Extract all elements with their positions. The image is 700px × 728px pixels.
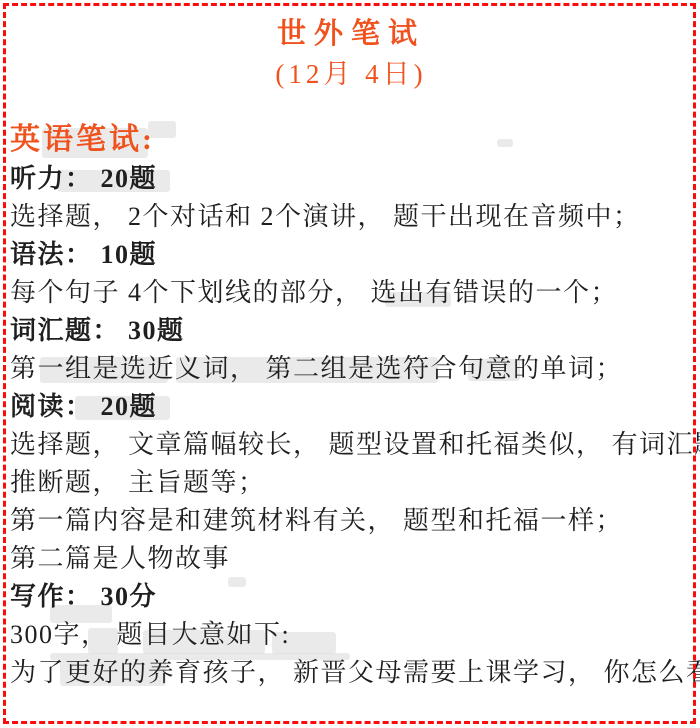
doc-line: 第二篇是人物故事 [10, 540, 692, 578]
doc-line: 听力： 20题 [10, 160, 692, 198]
doc-line: 每个句子 4个下划线的部分， 选出有错误的一个； [10, 274, 692, 312]
doc-line: 选择题， 文章篇幅较长， 题型设置和托福类似， 有词汇题， [10, 426, 692, 464]
doc-line: 词汇题： 30题 [10, 312, 692, 350]
doc-title: 世外笔试 [10, 14, 692, 54]
doc-line: 阅读： 20题 [10, 388, 692, 426]
doc-line: 第一组是选近义词， 第二组是选符合句意的单词； [10, 350, 692, 388]
spacer [10, 94, 692, 120]
doc-line: 推断题， 主旨题等； [10, 464, 692, 502]
doc-line: 语法： 10题 [10, 236, 692, 274]
document-content: 世外笔试 (12月 4日) 英语笔试: 听力： 20题选择题， 2个对话和 2个… [0, 0, 700, 692]
doc-line: 300字， 题目大意如下: [10, 616, 692, 654]
doc-date: (12月 4日) [10, 54, 692, 94]
document-page: 世外笔试 (12月 4日) 英语笔试: 听力： 20题选择题， 2个对话和 2个… [0, 0, 700, 728]
doc-line: 为了更好的养育孩子， 新晋父母需要上课学习， 你怎么看？ [10, 654, 692, 692]
section-heading-english-written-test: 英语笔试: [10, 120, 692, 160]
doc-line: 选择题， 2个对话和 2个演讲， 题干出现在音频中； [10, 198, 692, 236]
doc-body-lines: 听力： 20题选择题， 2个对话和 2个演讲， 题干出现在音频中；语法： 10题… [10, 160, 692, 692]
doc-line: 写作： 30分 [10, 578, 692, 616]
doc-line: 第一篇内容是和建筑材料有关， 题型和托福一样； [10, 502, 692, 540]
